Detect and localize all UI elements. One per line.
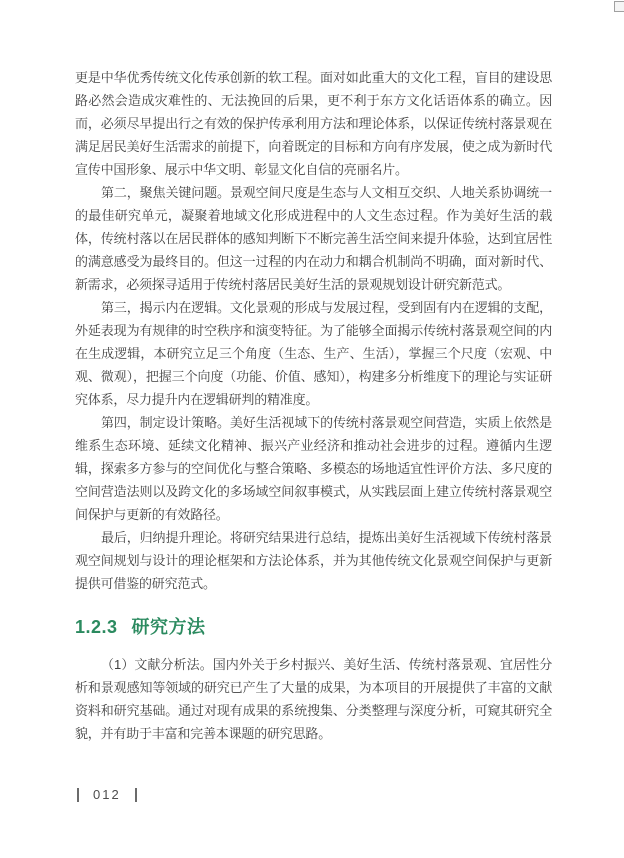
paragraph: （1）文献分析法。国内外关于乡村振兴、美好生活、传统村落景观、宜居性分析和景观感… bbox=[75, 653, 552, 745]
paragraph: 最后，归纳提升理论。将研究结果进行总结，提炼出美好生活视域下传统村落景观空间规划… bbox=[75, 526, 552, 595]
paragraph: 第三，揭示内在逻辑。文化景观的形成与发展过程，受到固有内在逻辑的支配，外延表现为… bbox=[75, 296, 552, 411]
footer-left-bar bbox=[77, 788, 79, 802]
paragraph: 第二，聚焦关键问题。景观空间尺度是生态与人文相互交织、人地关系协调统一的最佳研究… bbox=[75, 181, 552, 296]
paragraph: 第四，制定设计策略。美好生活视域下的传统村落景观空间营造，实质上依然是维系生态环… bbox=[75, 411, 552, 526]
cropped-box-corner-icon bbox=[614, 1, 624, 12]
body-text-column: 更是中华优秀传统文化传承创新的软工程。面对如此重大的文化工程，盲目的建设思路必然… bbox=[75, 66, 552, 745]
section-number: 1.2.3 bbox=[75, 617, 118, 637]
section-title: 研究方法 bbox=[132, 617, 206, 637]
page-footer: 012 bbox=[77, 787, 137, 802]
section-heading: 1.2.3研究方法 bbox=[75, 616, 552, 638]
page-number: 012 bbox=[93, 787, 121, 802]
paragraph: 更是中华优秀传统文化传承创新的软工程。面对如此重大的文化工程，盲目的建设思路必然… bbox=[75, 66, 552, 181]
book-page: 更是中华优秀传统文化传承创新的软工程。面对如此重大的文化工程，盲目的建设思路必然… bbox=[0, 0, 624, 858]
footer-right-bar bbox=[135, 788, 137, 802]
